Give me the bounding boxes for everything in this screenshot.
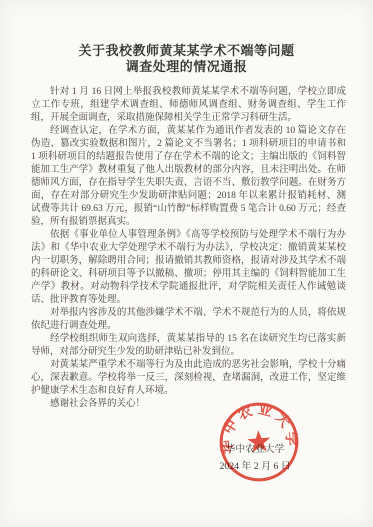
doc-title-line1: 关于我校教师黄某某学术不端等问题	[78, 43, 294, 58]
doc-body: 针对 1 月 16 日网上举报我校教师黄某某学术不端等问题，学校立即成立工作专班…	[31, 86, 346, 411]
star-icon	[247, 429, 271, 452]
paragraph-intro: 针对 1 月 16 日网上举报我校教师黄某某学术不端等问题，学校立即成立工作专班…	[31, 86, 346, 125]
paragraph-students: 经学校组织师生双向选择，黄某某指导的 15 名在读研究生均已落实新导师，对部分研…	[31, 333, 346, 359]
paragraph-findings: 经调查认定，在学术方面，黄某某作为通讯作者发表的 10 篇论文存在伪造、篡改实验…	[31, 125, 346, 229]
official-seal-stamp: 华中农业大学	[214, 397, 304, 487]
notice-document-page: 关于我校教师黄某某学术不端等问题 调查处理的情况通报 针对 1 月 16 日网上…	[0, 0, 373, 527]
doc-title: 关于我校教师黄某某学术不端等问题 调查处理的情况通报	[0, 0, 373, 75]
doc-title-line2: 调查处理的情况通报	[126, 59, 248, 74]
paragraph-apology: 对黄某某严重学术不端等行为及由此造成的恶劣社会影响，学校十分痛心，深表歉意。学校…	[31, 359, 346, 398]
paragraph-decisions: 依据《事业单位人事管理条例》《高等学校预防与处理学术不端行为办法》和《华中农业大…	[31, 229, 346, 307]
paragraph-other-persons: 对举报内容涉及的其他涉嫌学术不端、学术不规范行为的人员，将依规依纪进行调查处理。	[31, 307, 346, 333]
